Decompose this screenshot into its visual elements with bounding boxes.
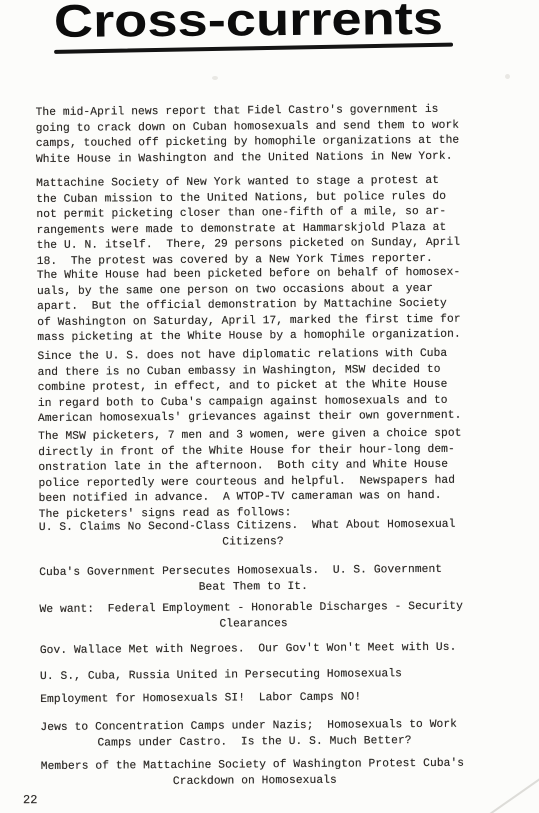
sign-text-line: Employment for Homosexuals SI! Labor Cam… (40, 690, 468, 709)
paragraph-msny-protest: Mattachine Society of New York wanted to… (36, 173, 507, 270)
picket-sign-8: Members of the Mattachine Society of Was… (41, 757, 469, 791)
page-content: Cross-currents The mid-April news report… (0, 0, 539, 813)
page-number: 22 (23, 793, 38, 808)
picket-sign-2: Cuba's Government Persecutes Homosexuals… (39, 563, 467, 597)
picket-sign-4: Gov. Wallace Met with Negroes. Our Gov't… (40, 641, 468, 660)
picket-sign-6: Employment for Homosexuals SI! Labor Cam… (40, 690, 468, 709)
paragraph-picketers-detail: The MSW picketers, 7 men and 3 women, we… (38, 426, 509, 523)
paragraph-white-house-picket: The White House had been picketed before… (37, 265, 508, 346)
scanned-magazine-page: Cross-currents The mid-April news report… (0, 0, 539, 813)
picket-sign-3: We want: Federal Employment - Honorable … (39, 600, 467, 634)
picket-sign-7: Jews to Concentration Camps under Nazis;… (40, 718, 468, 752)
paragraph-msw-decision: Since the U. S. does not have diplomatic… (37, 346, 508, 427)
sign-text-line: Gov. Wallace Met with Negroes. Our Gov't… (40, 641, 468, 660)
page-title: Cross-currents (54, 0, 444, 46)
paragraph-castro-news: The mid-April news report that Fidel Cas… (36, 102, 506, 168)
sign-text-line: Camps under Castro. Is the U. S. Much Be… (40, 733, 468, 752)
picket-sign-5: U. S., Cuba, Russia United in Persecutin… (40, 667, 468, 686)
picket-sign-1: U. S. Claims No Second-Class Citizens. W… (39, 518, 467, 552)
sign-text-line: U. S., Cuba, Russia United in Persecutin… (40, 667, 468, 686)
